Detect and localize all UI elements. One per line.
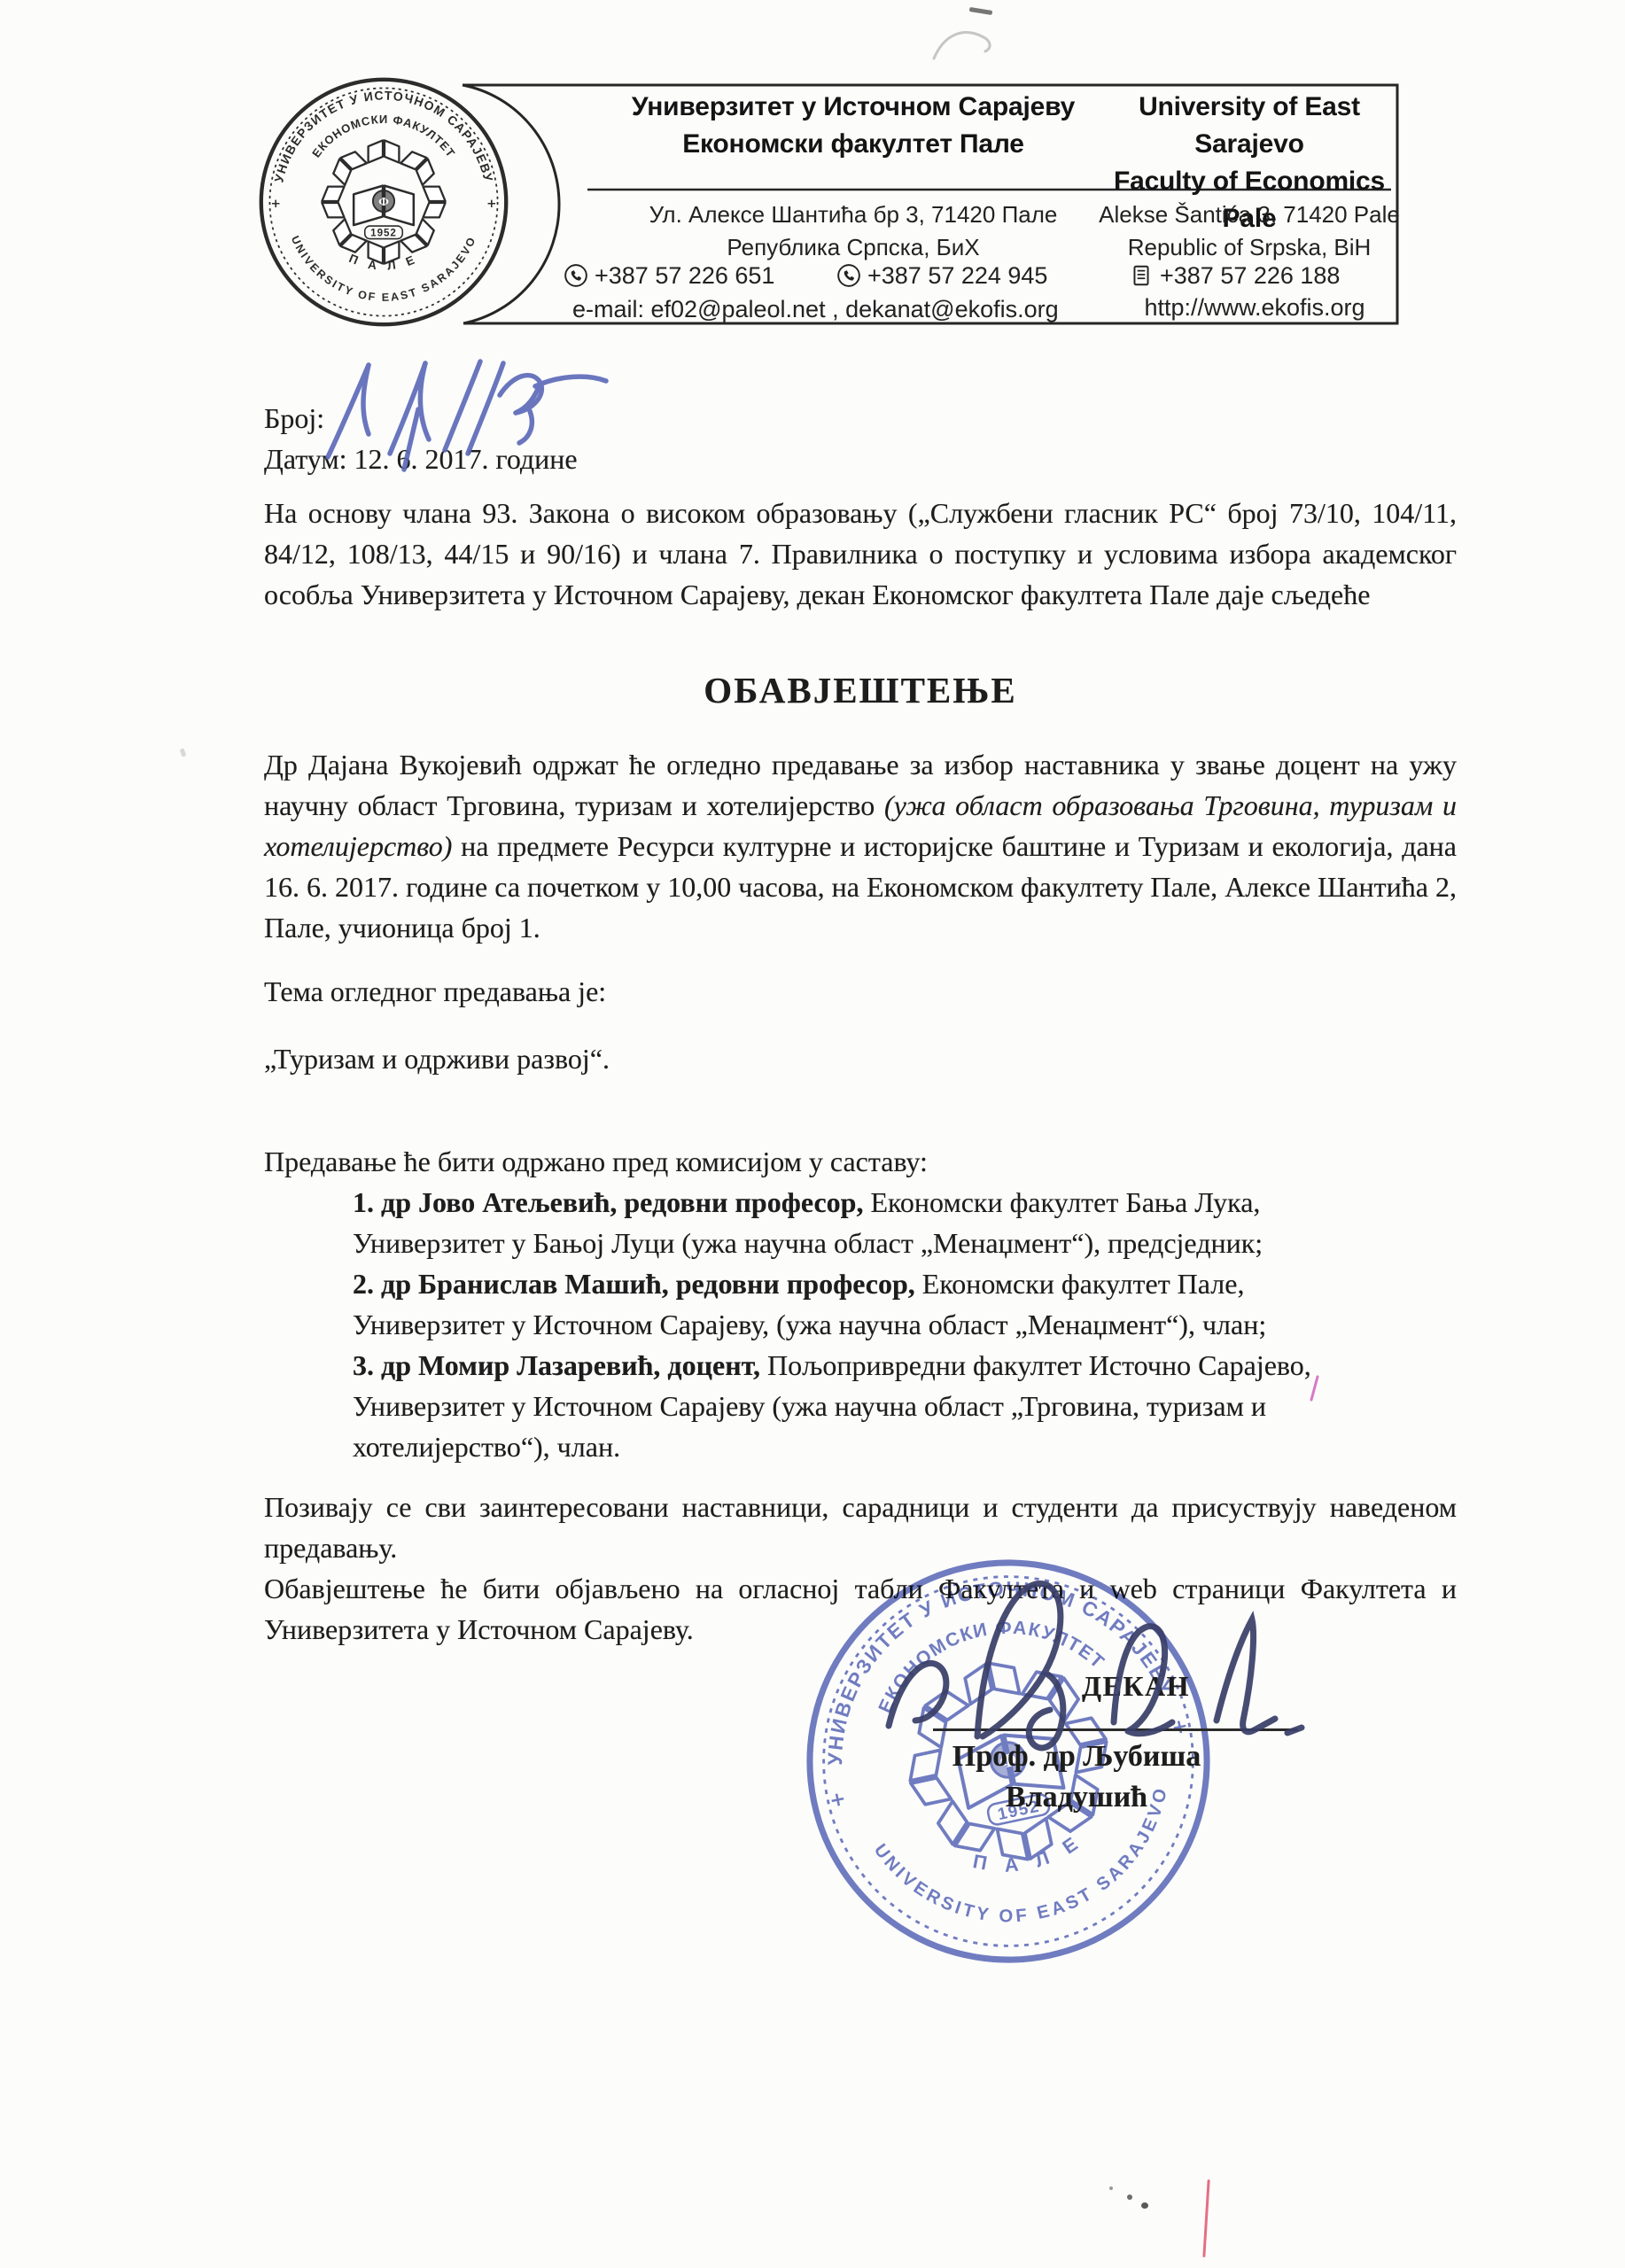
ink-speck-artifact (1127, 2194, 1132, 2200)
commission-item-1-line-1: 1. др Јово Атељевић, редовни професор, Е… (353, 1182, 1487, 1223)
faculty-seal-logo (261, 80, 506, 324)
commission-intro: Предавање ће бити одржано пред комисијом… (264, 1141, 928, 1182)
ink-speck-artifact (1109, 2186, 1113, 2190)
commission-item-2-line-1: 2. др Бранислав Машић, редовни професор,… (353, 1263, 1487, 1304)
commission-item-3-detail: Универзитет у Источном Сарајеву (ужа нау… (353, 1390, 1266, 1422)
address-cyrillic: Ул. Алексе Шантића бр 3, 71420 Пале Репу… (574, 198, 1132, 264)
scan-smudge-artifact (180, 748, 187, 757)
topic-value: „Туризам и одрживи развој“. (264, 1038, 610, 1079)
fax-number-text: +387 57 226 188 (1160, 262, 1340, 289)
org-name-cyrillic: Универзитет у Источном Сарајеву Економск… (574, 89, 1132, 163)
phone-icon (836, 263, 861, 294)
fax-icon (1129, 263, 1154, 294)
address-cyr-line1: Ул. Алексе Шантића бр 3, 71420 Пале (574, 198, 1132, 231)
phone-icon (564, 263, 588, 294)
commission-item-2-name: 2. др Бранислав Машић, редовни професор, (353, 1268, 915, 1300)
commission-item-3-name: 3. др Момир Лазаревић, доцент, (353, 1349, 760, 1381)
commission-item-3-affiliation: Пољопривредни факултет Источно Сарајево, (760, 1349, 1311, 1381)
commission-item-3-line-2: Универзитет у Источном Сарајеву (ужа нау… (353, 1386, 1487, 1426)
address-lat-line2: Republic of Srpska, BiH (1099, 231, 1400, 264)
phone-number-1: +387 57 226 651 (564, 262, 774, 294)
commission-item-1-name: 1. др Јово Атељевић, редовни професор, (353, 1186, 863, 1218)
doc-title: ОБАВЈЕШТЕЊЕ (264, 670, 1457, 711)
handwritten-signature (864, 1552, 1307, 1760)
commission-item-3-line-3: хотелијерство“), члан. (353, 1426, 1487, 1467)
org-name-cyr-line2: Економски факултет Пале (574, 126, 1132, 163)
commission-item-2-affiliation: Економски факултет Пале, (915, 1268, 1245, 1300)
handwritten-protocol-number (312, 354, 613, 474)
org-name-cyr-line1: Универзитет у Источном Сарајеву (574, 89, 1132, 126)
red-line-artifact (1202, 2179, 1209, 2257)
address-lat-line1: Alekse Šantića 3, 71420 Pale (1099, 198, 1400, 231)
address-latin: Alekse Šantića 3, 71420 Pale Republic of… (1099, 198, 1400, 264)
email-line: e-mail: ef02@paleol.net , dekanat@ekofis… (572, 296, 1059, 323)
topic-label: Тема огледног предавања је: (264, 971, 606, 1012)
fax-number: +387 57 226 188 (1129, 262, 1340, 294)
commission-item-1-line-2: Универзитет у Бањој Луци (ужа научна обл… (353, 1223, 1487, 1263)
intro-paragraph: На основу члана 93. Закона о високом обр… (264, 493, 1457, 615)
commission-item-1-affiliation: Економски факултет Бања Лука, (863, 1186, 1260, 1218)
commission-item-2-line-2: Универзитет у Источном Сарајеву, (ужа на… (353, 1304, 1487, 1345)
scanned-document-page: УНИВЕРЗИТЕТ У ИСТОЧНОМ САРАЈЕВУ ЕКОНОМСК… (0, 0, 1625, 2268)
phone-number-2-text: +387 57 224 945 (867, 262, 1047, 289)
commission-item-3-detail-cont: хотелијерство“), члан. (353, 1431, 620, 1463)
website-url: http://www.ekofis.org (1113, 294, 1396, 322)
org-name-lat-line1: University of East Sarajevo (1099, 89, 1400, 163)
commission-list: 1. др Јово Атељевић, редовни професор, Е… (353, 1182, 1487, 1467)
commission-item-2-detail: Универзитет у Источном Сарајеву, (ужа на… (353, 1309, 1266, 1340)
notice-paragraph: Др Дајана Вукојевић одржат ће огледно пр… (264, 744, 1457, 948)
commission-item-1-detail: Универзитет у Бањој Луци (ужа научна обл… (353, 1227, 1263, 1259)
ink-speck-artifact (1141, 2202, 1148, 2209)
phone-number-1-text: +387 57 226 651 (595, 262, 774, 289)
address-cyr-line2: Република Српска, БиХ (574, 231, 1132, 264)
phone-number-2: +387 57 224 945 (836, 262, 1047, 294)
